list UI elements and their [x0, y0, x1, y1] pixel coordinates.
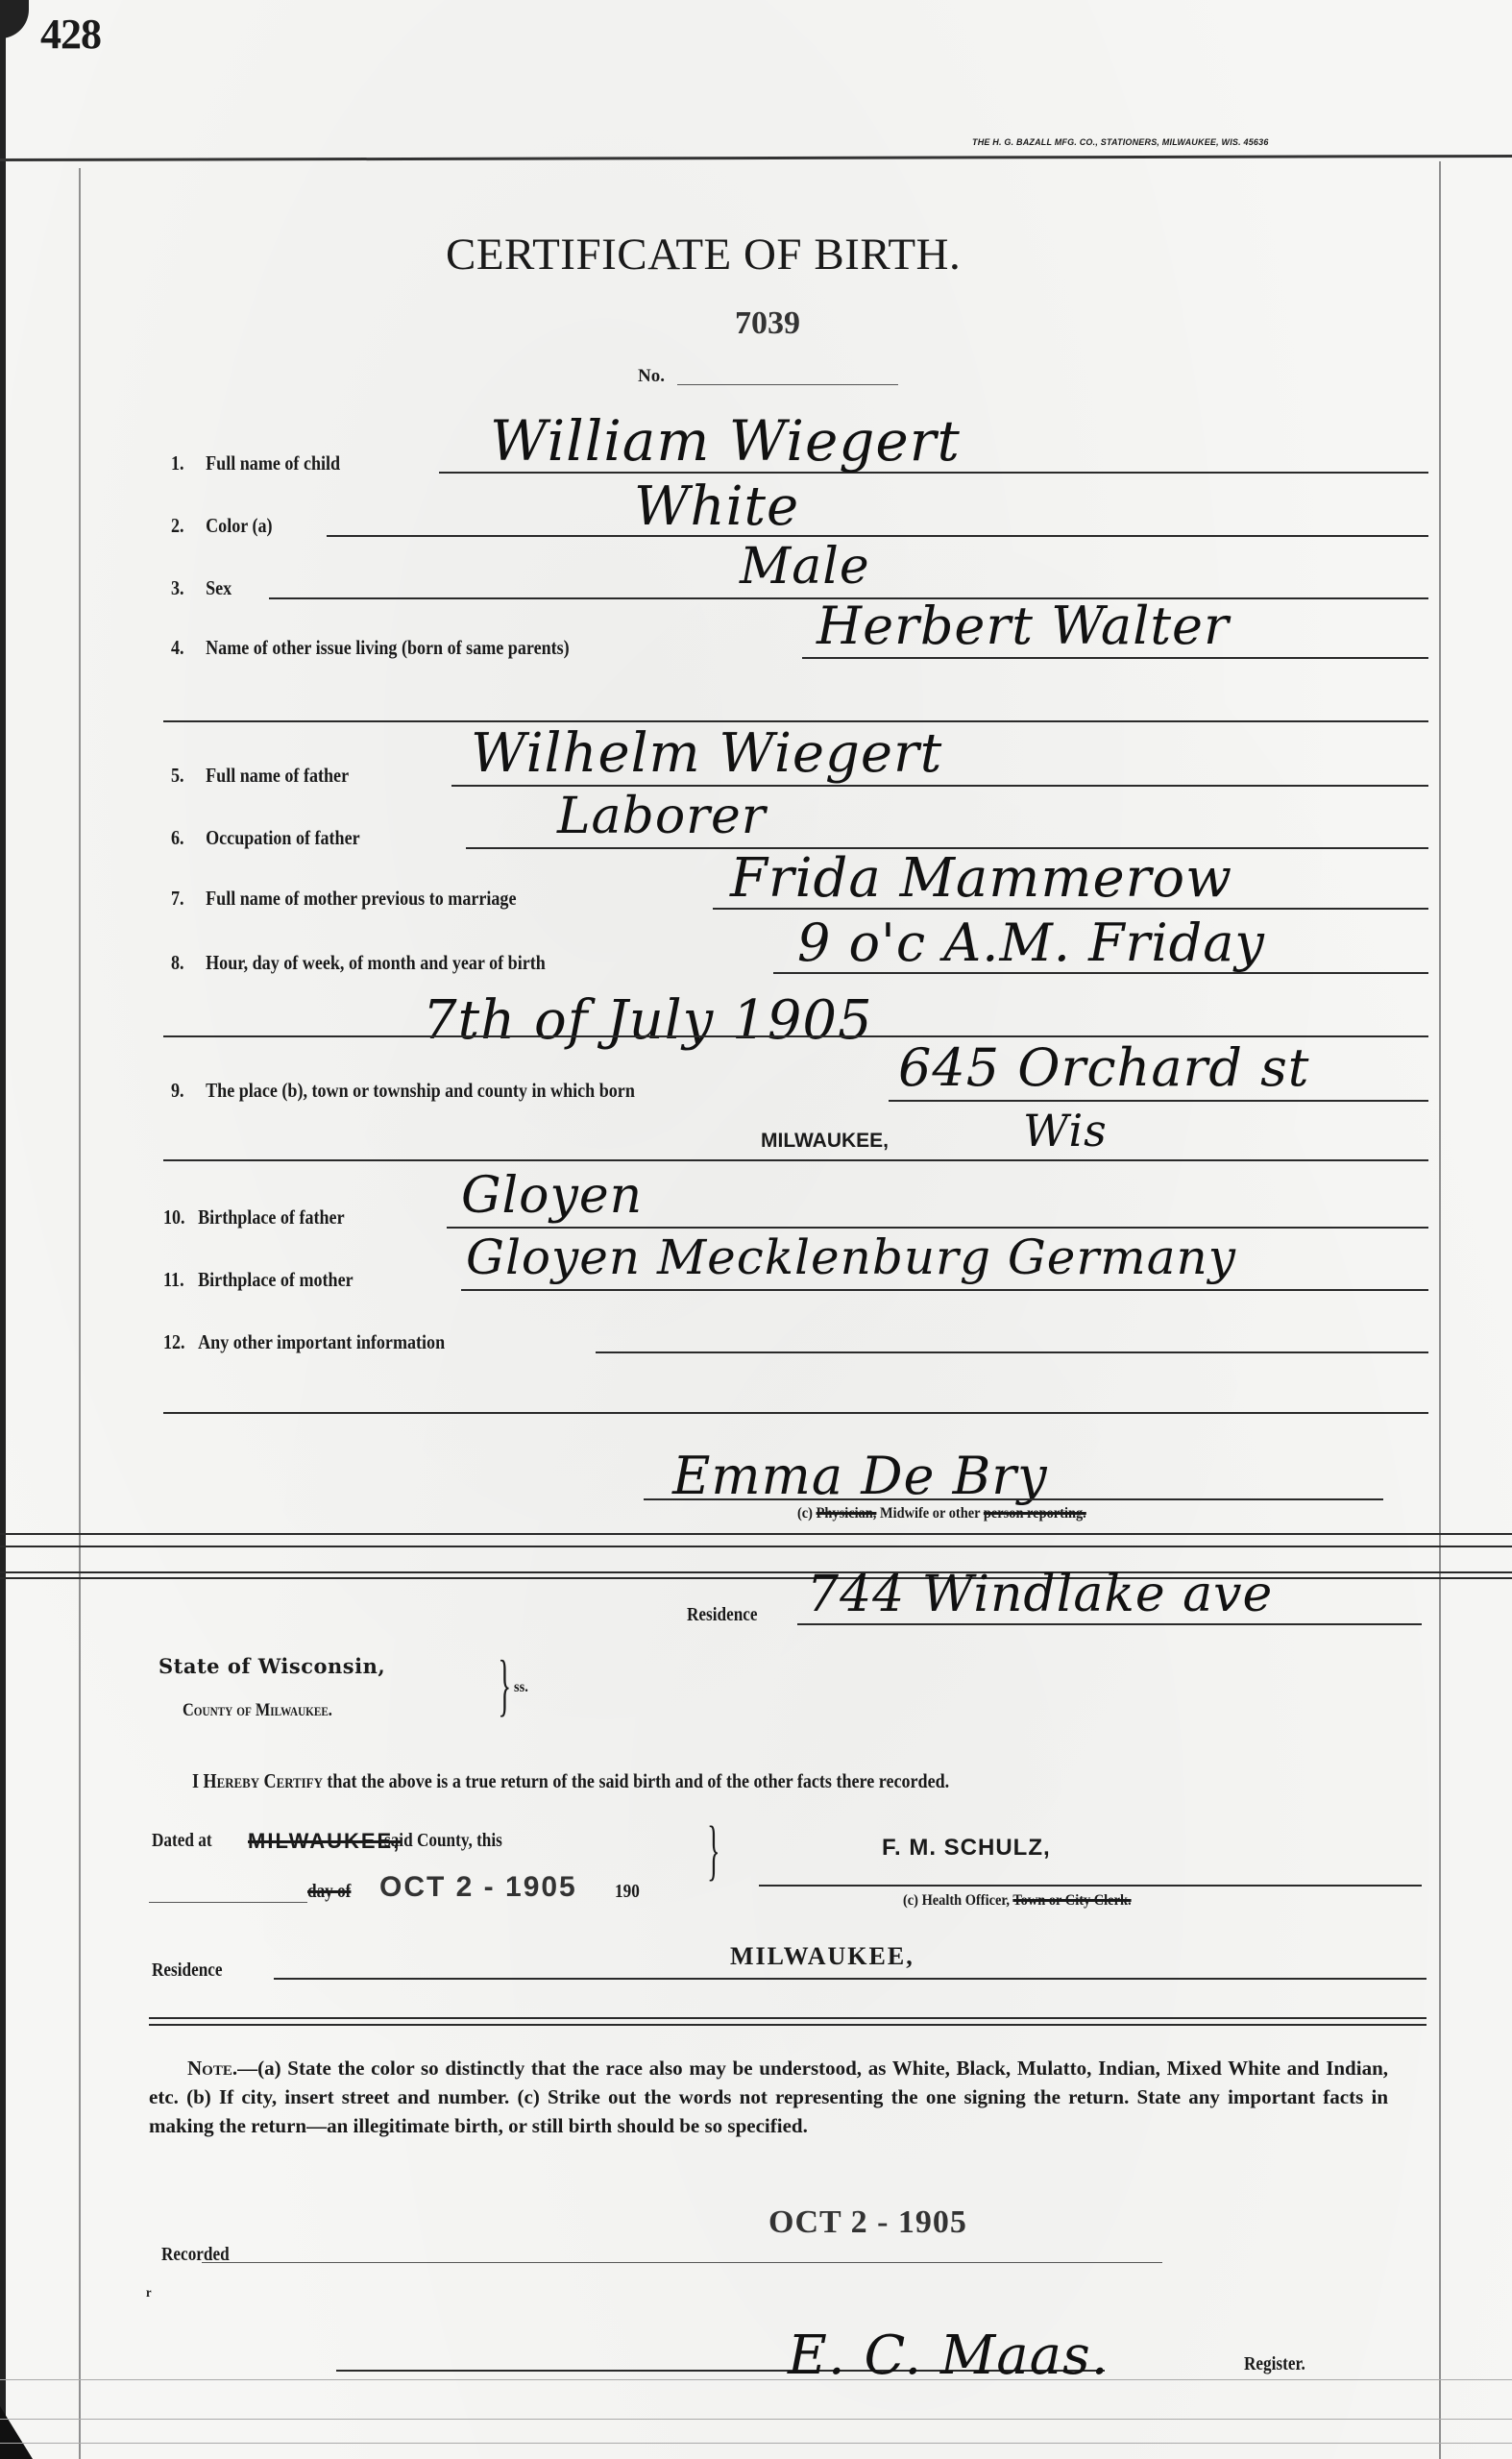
field-mother-birthplace-label: 11.Birthplace of mother [163, 1268, 354, 1292]
field-sex-label: 3.Sex [171, 576, 232, 600]
residence-stamp: MILWAUKEE, [730, 1942, 915, 1971]
left-margin-line [79, 168, 81, 2459]
dated-at-label: Dated at [152, 1830, 212, 1852]
field-line [327, 535, 1428, 537]
fold-line [0, 1577, 1512, 1579]
residence-line [274, 1978, 1427, 1980]
field-line [802, 657, 1428, 659]
signature-line [644, 1498, 1383, 1500]
year-prefix: 190 [615, 1881, 640, 1903]
dated-stamp: OCT 2 - 1905 [379, 1871, 577, 1904]
field-birthplace-state-value: Wis [1023, 1105, 1108, 1156]
certifier-residence-label: Residence [152, 1960, 223, 1982]
recorded-line [202, 2262, 1162, 2263]
field-birth-date-value: 7th of July 1905 [423, 989, 873, 1052]
field-other-issue-label: 4.Name of other issue living (born of sa… [171, 636, 570, 660]
field-mother-name-value: Frida Mammerow [730, 847, 1232, 910]
number-line [677, 384, 898, 385]
number-label: No. [638, 366, 665, 387]
top-rule [0, 155, 1512, 161]
officer-title: (c) Health Officer, Town or City Clerk. [903, 1892, 1132, 1910]
field-birthplace-value: 645 Orchard st [898, 1037, 1310, 1098]
field-mother-birthplace-value: Gloyen Mecklenburg Germany [466, 1229, 1236, 1285]
field-birth-time-label: 8.Hour, day of week, of month and year o… [171, 951, 546, 975]
day-line [149, 1902, 307, 1903]
reporter-role: (c) Physician, Midwife or other person r… [797, 1505, 1086, 1522]
field-sex-value: Male [740, 538, 870, 596]
field-color-value: White [634, 475, 799, 538]
field-line [889, 1100, 1428, 1102]
field-father-occupation-label: 6.Occupation of father [171, 826, 360, 850]
printer-imprint: THE H. G. BAZALL MFG. CO., STATIONERS, M… [972, 137, 1269, 147]
day-of-label: day of [307, 1881, 351, 1903]
register-label: Register. [1244, 2353, 1305, 2375]
double-rule [149, 2017, 1427, 2019]
officer-signature-line [759, 1885, 1422, 1887]
reporter-residence-label: Residence [687, 1604, 758, 1626]
birthplace-city-stamp: MILWAUKEE, [761, 1130, 889, 1153]
birth-certificate-page: 428 THE H. G. BAZALL MFG. CO., STATIONER… [0, 0, 1512, 2459]
brace: } [498, 1650, 511, 1719]
fold-line [0, 1571, 1512, 1573]
reporter-residence-value: 744 Windlake ave [807, 1566, 1273, 1623]
register-signature: E. C. Maas. [788, 2325, 1110, 2387]
instructions-note: Note.—(a) State the color so distinctly … [149, 2054, 1388, 2140]
said-county-label: said County, this [384, 1830, 502, 1852]
field-other-issue-value: Herbert Walter [817, 596, 1230, 656]
field-line [451, 785, 1428, 787]
scan-corner [0, 2406, 33, 2459]
health-officer-stamp: F. M. SCHULZ, [882, 1835, 1051, 1862]
field-child-name-value: William Wiegert [490, 408, 961, 474]
fold-line [0, 1533, 1512, 1535]
field-father-occupation-value: Laborer [557, 788, 767, 845]
county-line: County of Milwaukee. [183, 1700, 332, 1721]
faint-line [0, 2443, 1512, 2444]
field-other-info-label: 12.Any other important information [163, 1330, 445, 1354]
recorded-stamp: OCT 2 - 1905 [768, 2204, 967, 2241]
fold-line [0, 1546, 1512, 1547]
field-father-birthplace-label: 10.Birthplace of father [163, 1205, 345, 1229]
field-father-name-value: Wilhelm Wiegert [471, 722, 942, 785]
brace: } [707, 1817, 719, 1885]
stray-mark: r [146, 2286, 152, 2301]
field-line-continuation [163, 1159, 1428, 1161]
field-birth-time-value: 9 o'c A.M. Friday [797, 913, 1265, 973]
certify-statement: I Hereby Certify that the above is a tru… [192, 1769, 949, 1793]
field-birthplace-label: 9.The place (b), town or township and co… [171, 1079, 635, 1103]
faint-line [0, 2419, 1512, 2420]
dated-at-stamp: MILWAUKEE, [248, 1829, 401, 1854]
field-father-name-label: 5.Full name of father [171, 764, 349, 788]
faint-line [0, 2379, 1512, 2380]
field-line-continuation [163, 1412, 1428, 1414]
scan-corner [0, 0, 29, 38]
ss-label: ss. [514, 1679, 528, 1696]
reporter-signature: Emma De Bry [672, 1446, 1048, 1506]
field-mother-name-label: 7.Full name of mother previous to marria… [171, 887, 516, 911]
certificate-title: CERTIFICATE OF BIRTH. [446, 229, 961, 280]
page-number: 428 [40, 10, 101, 59]
residence-line [797, 1623, 1422, 1625]
right-margin-line [1439, 161, 1441, 2459]
certificate-number: 7039 [735, 305, 800, 342]
field-child-name-label: 1.Full name of child [171, 451, 340, 475]
field-line [596, 1351, 1428, 1353]
double-rule [149, 2024, 1427, 2026]
field-line [461, 1289, 1428, 1291]
field-father-birthplace-value: Gloyen [461, 1167, 643, 1225]
field-line [447, 1227, 1428, 1229]
state-line: State of Wisconsin, [159, 1654, 385, 1678]
field-color-label: 2.Color (a) [171, 514, 273, 538]
scan-border [0, 0, 6, 2459]
